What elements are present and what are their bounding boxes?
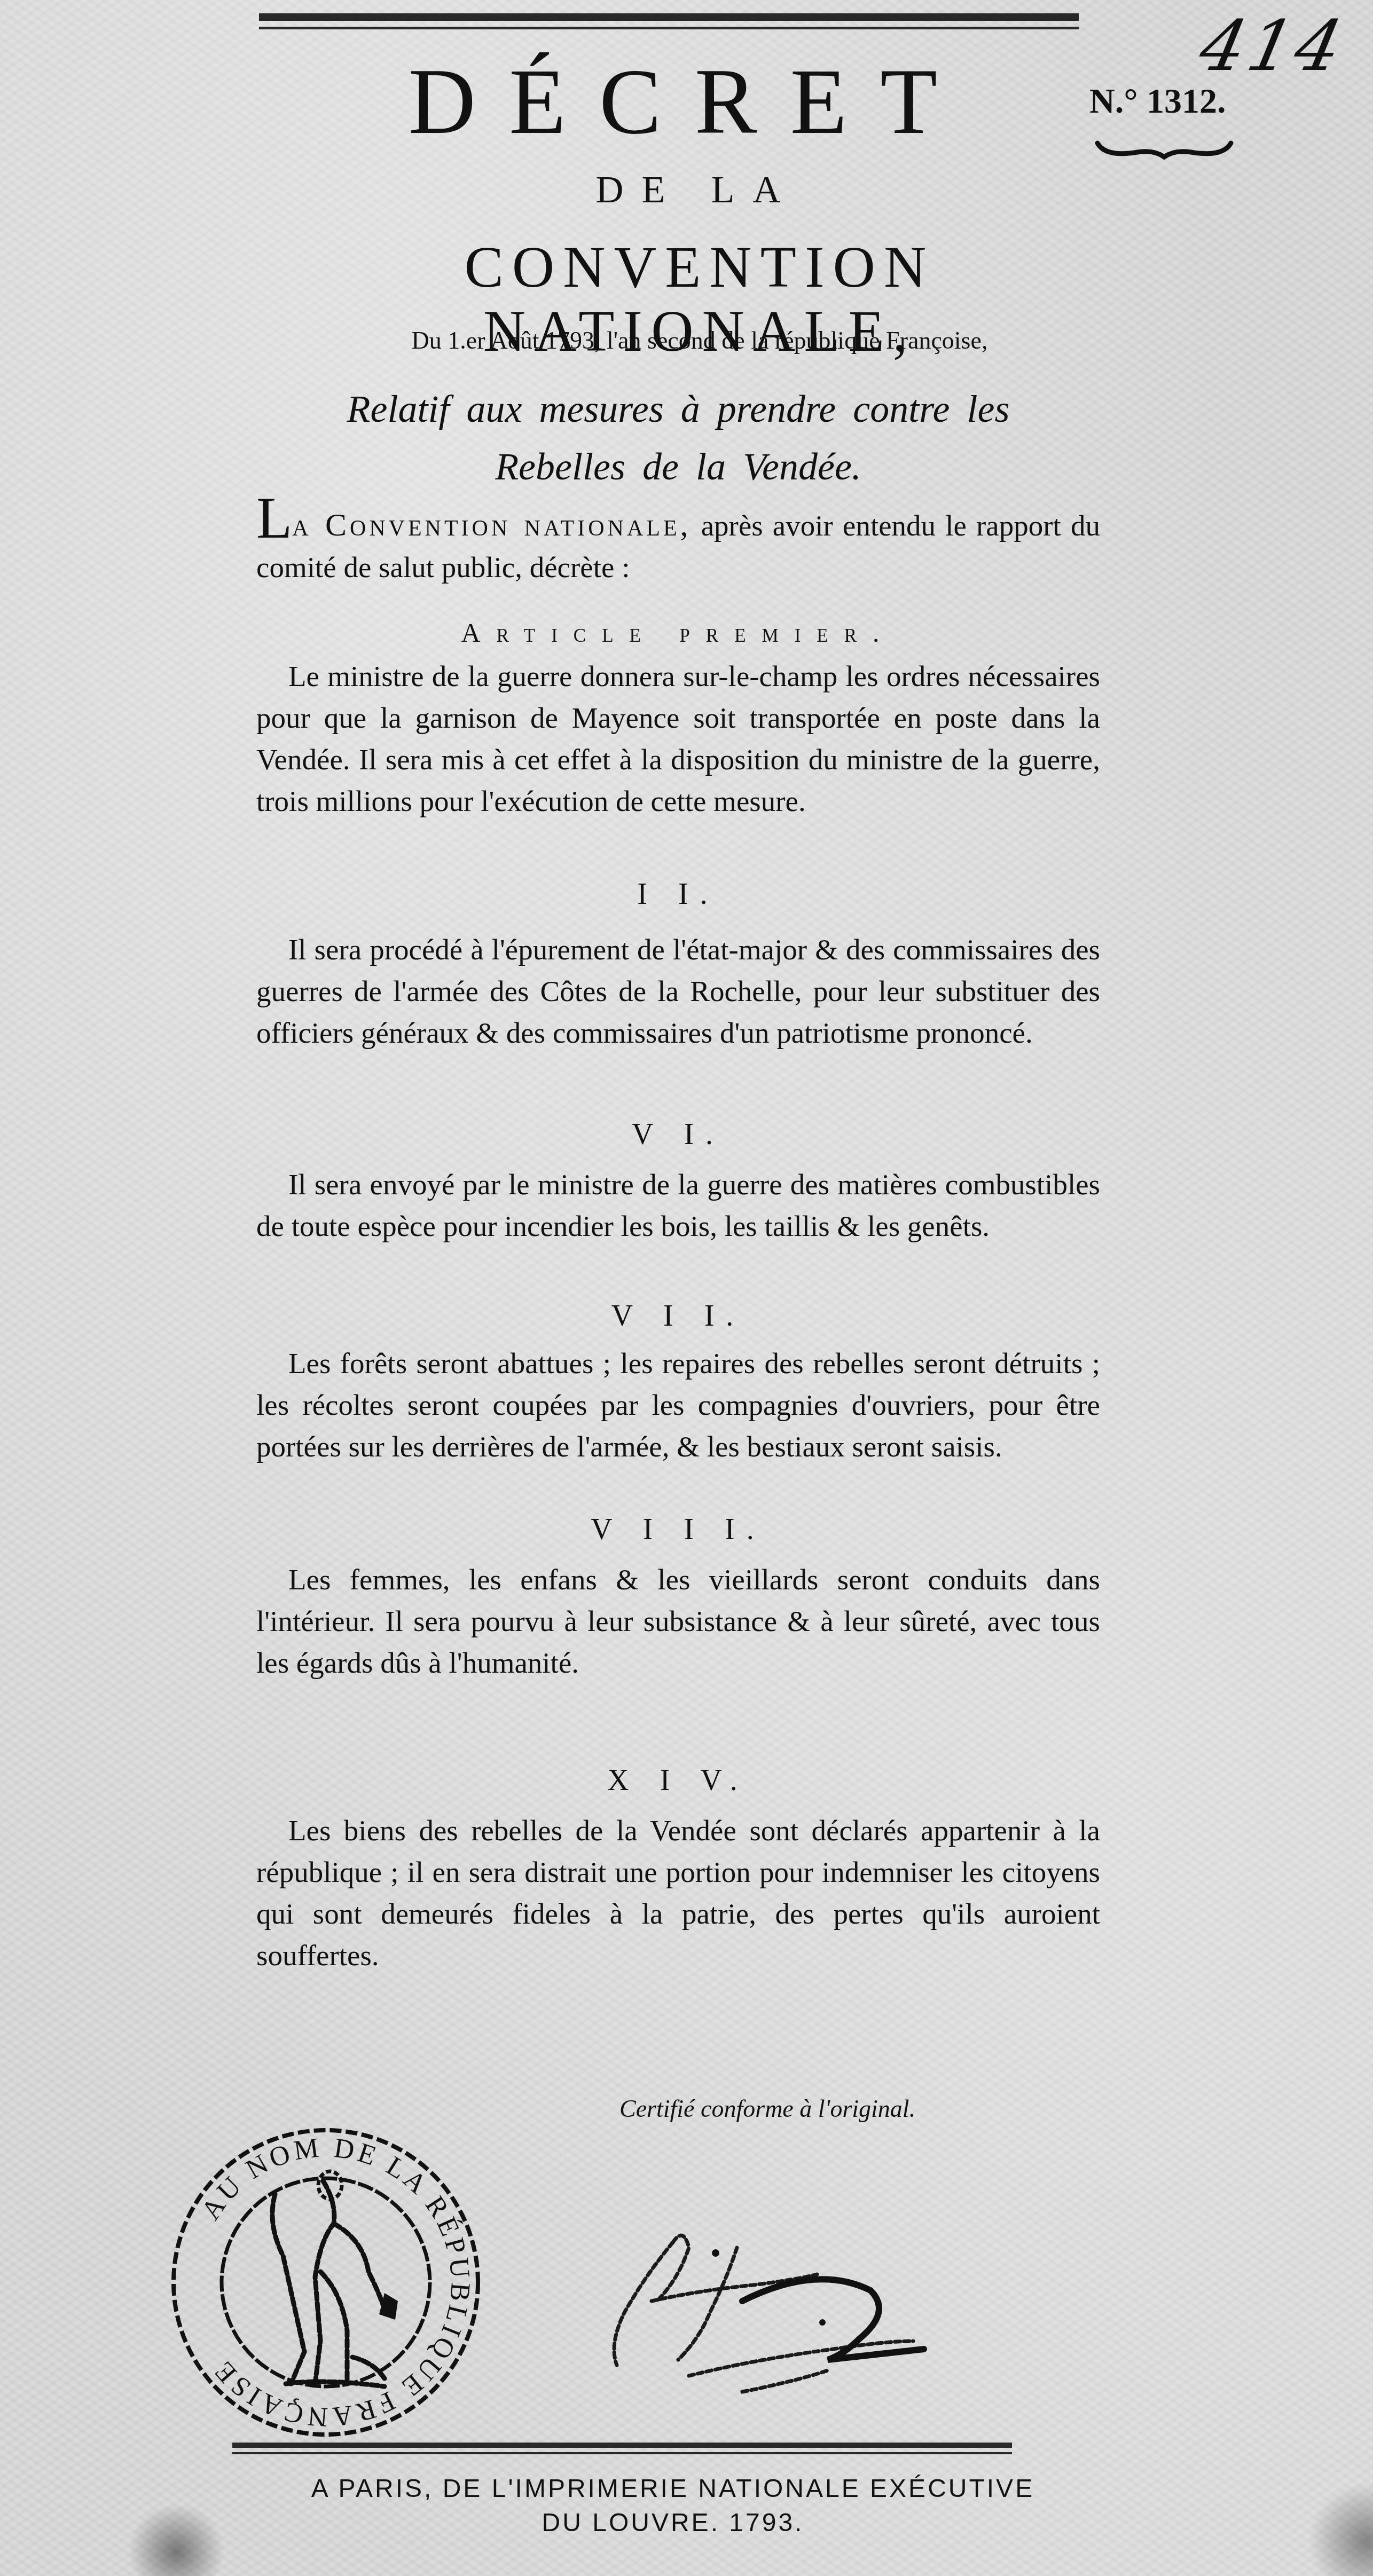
preamble-caps: a Convention nationale, <box>292 507 691 542</box>
imprint-line-1: A PARIS, DE L'IMPRIMERIE NATIONALE EXÉCU… <box>224 2472 1121 2506</box>
article-heading-8: V I I I. <box>256 1511 1100 1548</box>
article-heading-2: I I. <box>256 876 1100 913</box>
dropcap-letter: L <box>256 485 292 550</box>
article-body-2: Il sera procédé à l'épurement de l'état-… <box>256 929 1100 1054</box>
imprint-line-2: DU LOUVRE. 1793. <box>224 2506 1121 2540</box>
preamble: La Convention nationale, après avoir ent… <box>256 497 1100 588</box>
printer-imprint: A PARIS, DE L'IMPRIMERIE NATIONALE EXÉCU… <box>224 2472 1121 2540</box>
article-body-1: Le ministre de la guerre donnera sur-le-… <box>256 656 1100 822</box>
handwritten-archive-number: 414 <box>1193 5 1352 86</box>
brace-flourish-icon <box>1095 139 1234 160</box>
article-heading-1: Article premier. <box>256 614 1100 651</box>
top-ornamental-rule <box>259 13 1079 29</box>
bottom-ornamental-rule <box>232 2443 1012 2454</box>
article-body-7: Les forêts seront abattues ; les repaire… <box>256 1343 1100 1468</box>
decree-title: DÉCRET <box>374 53 972 149</box>
handwritten-signature-icon <box>593 2152 967 2397</box>
certification-line: Certifié conforme à l'original. <box>619 2093 915 2125</box>
decree-subject: Relatif aux mesures à prendre contre les… <box>246 380 1111 495</box>
republic-seal-icon: AU NOM DE LA RÉPUBLIQUE FRANÇAISE <box>160 2117 491 2448</box>
article-heading-7: V I I. <box>256 1297 1100 1335</box>
subject-line-1: Relatif aux mesures à prendre contre les <box>246 380 1111 438</box>
subject-line-2: Rebelles de la Vendée. <box>246 438 1111 495</box>
article-body-6: Il sera envoyé par le ministre de la gue… <box>256 1164 1100 1247</box>
decree-number: N.° 1312. <box>1089 80 1226 123</box>
date-line: Du 1.er Août 1793, l'an second de la rép… <box>246 325 1154 357</box>
article-heading-6: V I. <box>256 1116 1100 1153</box>
subtitle-de-la: DE LA <box>0 168 1373 211</box>
article-body-8: Les femmes, les enfans & les vieillards … <box>256 1559 1100 1684</box>
article-heading-14: X I V. <box>256 1762 1100 1799</box>
article-body-14: Les biens des rebelles de la Vendée sont… <box>256 1810 1100 1976</box>
